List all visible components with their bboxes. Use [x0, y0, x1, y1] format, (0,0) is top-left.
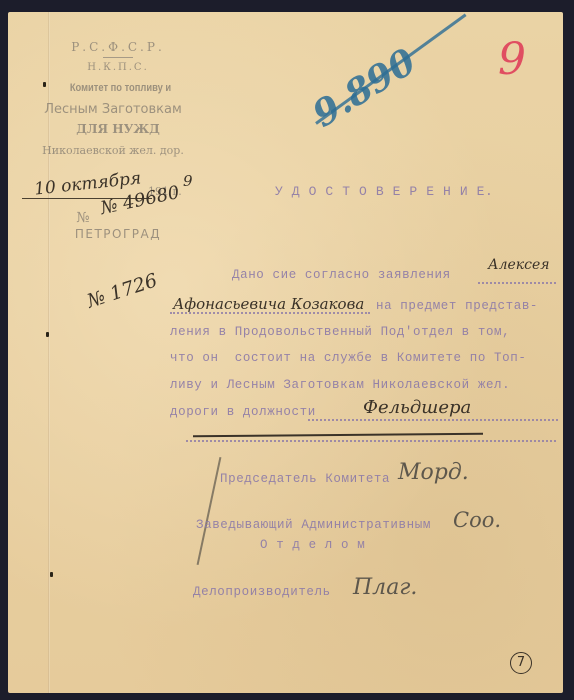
letterhead-rsfsr: Р.С.Ф.С.Р.	[58, 40, 178, 54]
letterhead-committee: Комитет по топливу и	[46, 82, 195, 94]
signatory-clerk-title: Делопроизводитель	[193, 585, 331, 599]
signature-underline	[193, 433, 483, 438]
blue-slash	[315, 14, 466, 125]
signature-clerk: Плаг.	[353, 575, 417, 600]
letterhead-city: ПЕТРОГРАД	[53, 227, 183, 241]
handwritten-first-name: Алексея	[488, 257, 550, 273]
letterhead-divider	[103, 57, 133, 58]
handwritten-full-name: Афонасьевича Козакова	[173, 295, 364, 313]
red-annotation: 9	[498, 34, 526, 85]
signature-admin: Соо.	[453, 508, 501, 532]
document-page: Р.С.Ф.С.Р. Н.К.П.С. Комитет по топливу и…	[8, 12, 563, 693]
margin-note: № 1726	[84, 269, 160, 312]
body-line-4: что он состоит на службе в Комитете по Т…	[170, 351, 526, 365]
body-line-5: ливу и Лесным Заготовкам Николаевской же…	[170, 378, 510, 392]
signature-chairman: Морд.	[398, 460, 469, 485]
signatory-admin-title: Заведывающий Административным	[196, 518, 431, 532]
letterhead-for-needs: ДЛЯ НУЖД	[48, 122, 188, 136]
binding-hole	[46, 332, 49, 337]
signatory-chairman-title: Председатель Комитета	[220, 472, 390, 486]
letterhead-nkps: Н.К.П.С.	[58, 62, 178, 73]
handwritten-year: 9	[183, 172, 193, 190]
body-line-2: на предмет представ-	[376, 299, 538, 313]
pencil-mark	[197, 457, 222, 565]
fill-dots	[308, 419, 558, 421]
letterhead-forest: Лесным Заготовкам	[23, 102, 203, 117]
binding-hole	[50, 572, 53, 577]
page-number: 7	[510, 652, 532, 674]
letterhead-railway: Николаевской жел. дор.	[28, 144, 198, 157]
fill-dots	[478, 282, 556, 284]
body-line-6: дороги в должности	[170, 405, 316, 419]
handwritten-position: Фельдшера	[363, 397, 471, 418]
signatory-admin-dept: О т д е л о м	[260, 538, 365, 552]
body-line-3: ления в Продовольственный Под'отдел в то…	[170, 325, 510, 339]
letterhead-number-label: №	[68, 210, 98, 226]
body-line-1: Дано сие согласно заявления	[232, 268, 451, 282]
fill-dots	[186, 440, 556, 442]
document-title: У Д О С Т О В Е Р Е Н И Е.	[275, 184, 493, 199]
